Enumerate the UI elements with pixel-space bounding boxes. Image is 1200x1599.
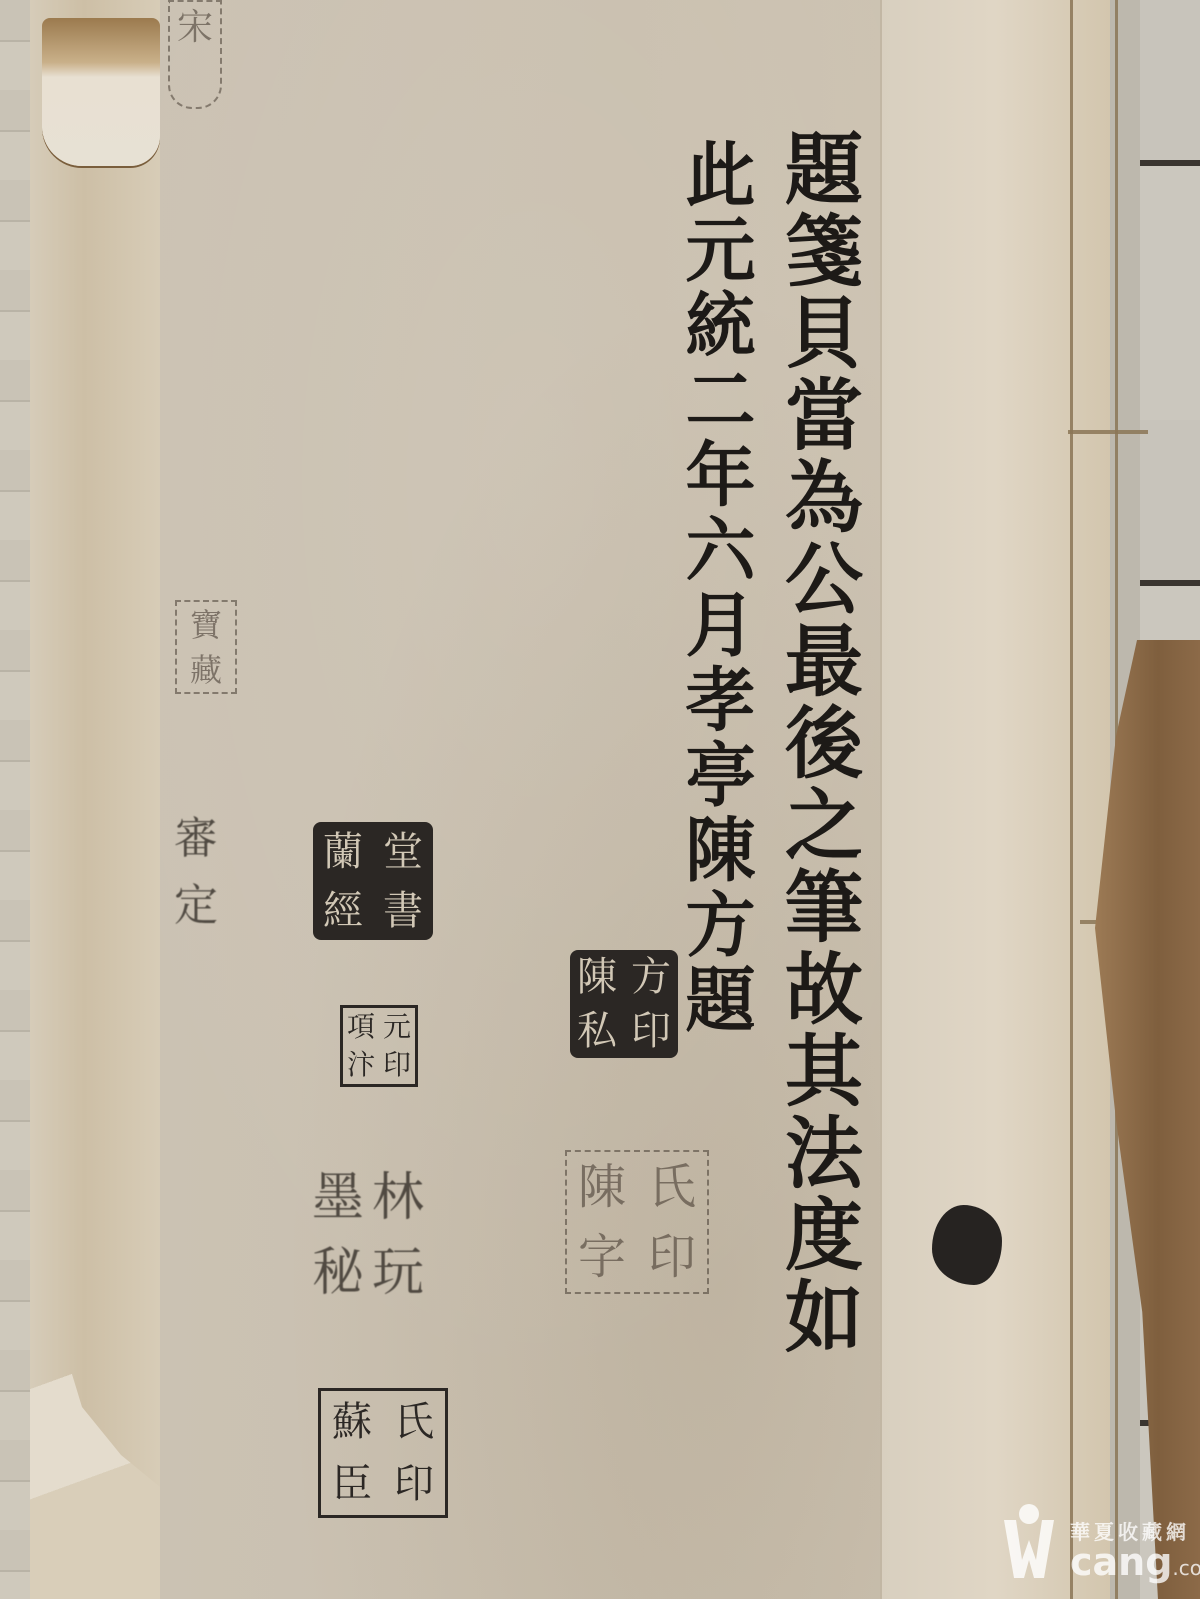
seal-char: 印 [631, 1011, 671, 1051]
inscription-column-1: 題箋貝當為公最後之筆故其法度如 [778, 128, 856, 1358]
seal-char: 蘇 [332, 1402, 372, 1442]
watermark-latin: cang.com [1070, 1540, 1200, 1584]
seal-char: 經 [323, 891, 363, 931]
seal-chenshi-faint: 陳 氏 字 印 [565, 1150, 709, 1294]
seal-char: 項 [347, 1013, 375, 1041]
seal-char: 汴 [347, 1051, 375, 1079]
ink-stain [932, 1205, 1002, 1285]
seal-char: 印 [648, 1233, 696, 1281]
seal-char: 字 [578, 1233, 626, 1281]
seal-char: 臣 [332, 1464, 372, 1504]
seal-blurred: 墨 林 秘 玩 [308, 1160, 428, 1310]
binding-thread [1070, 0, 1073, 1599]
seal-char: 元 [383, 1013, 411, 1041]
watermark: 華夏收藏網 cang.com [1000, 1500, 1200, 1599]
seal-margin-2: 審 定 [165, 805, 227, 940]
seal-char: 私 [577, 1011, 617, 1051]
seal-top-corner: 宋 [168, 0, 222, 109]
seal-chenfang: 陳 方 私 印 [570, 950, 678, 1058]
seal-char: 秘 [312, 1247, 364, 1299]
seal-char: 方 [631, 957, 671, 997]
seal-char: 陳 [578, 1163, 626, 1211]
cang-logo-icon [1000, 1500, 1058, 1580]
seal-char: 寶 [190, 609, 222, 641]
seal-char: 書 [383, 891, 423, 931]
book-spine-edge [30, 0, 165, 1599]
page-binding-margin [880, 0, 1110, 1599]
torn-paper-bottom [30, 1279, 160, 1599]
seal-large-upper-left: 蘭 堂 經 書 [313, 822, 433, 940]
binding-stitch [1068, 430, 1148, 434]
seal-char: 定 [174, 884, 218, 928]
seal-char: 墨 [312, 1172, 364, 1224]
seal-margin-1: 寶 藏 [175, 600, 237, 694]
watermark-suffix: .com [1172, 1556, 1200, 1580]
seal-char: 林 [372, 1172, 424, 1224]
seal-bottom: 蘇 氏 臣 印 [318, 1388, 448, 1518]
torn-paper-corner [42, 18, 160, 166]
seal-char: 氏 [394, 1402, 434, 1442]
seal-char: 蘭 [323, 832, 363, 872]
inscription-column-2: 此元統二年六月孝亭陳方題 [680, 138, 750, 1038]
seal-char: 審 [174, 817, 218, 861]
seal-char: 印 [383, 1051, 411, 1079]
seal-char: 氏 [648, 1163, 696, 1211]
seal-char: 印 [394, 1464, 434, 1504]
seal-char: 陳 [577, 957, 617, 997]
seal-char: 玩 [372, 1247, 424, 1299]
watermark-brand: cang [1070, 1540, 1172, 1584]
seal-small: 項 元 汴 印 [340, 1005, 418, 1087]
seal-char: 堂 [383, 832, 423, 872]
seal-char: 藏 [190, 654, 222, 686]
seal-char: 宋 [177, 10, 213, 46]
